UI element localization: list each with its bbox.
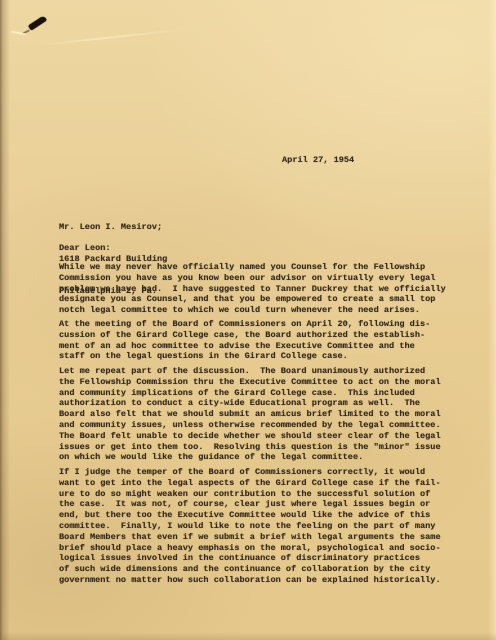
paper-left-edge [0, 0, 10, 640]
paper-crease [40, 28, 189, 46]
paper-bottom-edge [0, 632, 496, 640]
paper-right-edge [488, 0, 496, 640]
paragraph-3: Let me repeat part of the discussion. Th… [59, 366, 441, 463]
paragraph-2: At the meeting of the Board of Commissio… [59, 319, 430, 362]
ink-mark [28, 15, 47, 30]
letter-date: April 27, 1954 [282, 155, 354, 166]
salutation: Dear Leon: [59, 243, 111, 254]
recipient-name: Mr. Leon I. Mesirov; [59, 222, 167, 233]
paragraph-4: If I judge the temper of the Board of Co… [59, 467, 441, 586]
paragraph-1: While we may never have officially named… [59, 262, 446, 316]
letter-scan: April 27, 1954 Mr. Leon I. Mesirov; 1618… [0, 0, 496, 640]
